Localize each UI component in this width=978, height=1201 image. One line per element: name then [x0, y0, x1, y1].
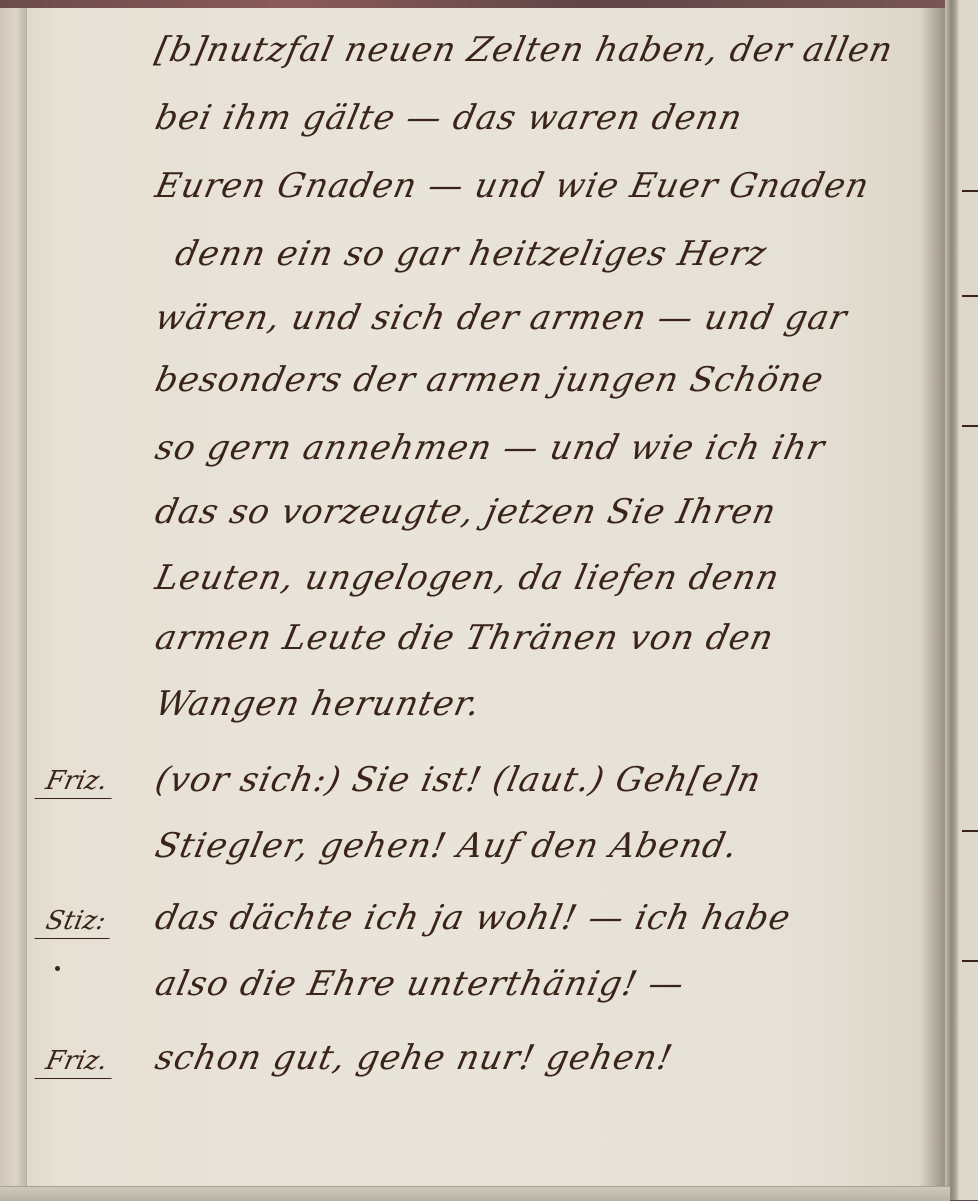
text-line-10: armen Leute die Thränen von den — [152, 618, 778, 658]
text-line-8: das so vorzeugte, jetzen Sie Ihren — [152, 492, 780, 532]
speaker-label-friz: Friz. — [34, 766, 118, 799]
manuscript-page: [b]nutzfal neuen Zelten haben, der allen… — [26, 8, 945, 1186]
text-line-13: Stiegler, gehen! Auf den Abend. — [152, 826, 742, 866]
page-fold-shadow — [945, 0, 959, 1200]
page-bottom-edge — [0, 1186, 950, 1200]
text-line-2: bei ihm gälte — das waren denn — [152, 98, 747, 138]
text-line-5: wären, und sich der armen — und gar — [152, 298, 851, 338]
text-line-6: besonders der armen jungen Schöne — [152, 360, 828, 400]
text-line-12: (vor sich:) Sie ist! (laut.) Geh[e]n — [152, 760, 765, 800]
text-line-1: [b]nutzfal neuen Zelten haben, der allen — [152, 30, 897, 70]
speaker-label-friz-2: Friz. — [34, 1046, 118, 1079]
adjacent-page-ink-mark — [962, 190, 978, 192]
adjacent-page-edge — [959, 0, 978, 1200]
binding-gutter — [0, 8, 27, 1188]
text-line-11: Wangen herunter. — [152, 684, 484, 724]
text-line-14: das dächte ich ja wohl! — ich habe — [152, 898, 795, 938]
text-line-7: so gern annehmen — und wie ich ihr — [152, 428, 829, 468]
adjacent-page-ink-mark — [962, 425, 978, 427]
adjacent-page-ink-mark — [962, 960, 978, 962]
text-line-16: schon gut, gehe nur! gehen! — [152, 1038, 677, 1078]
text-line-9: Leuten, ungelogen, da liefen denn — [152, 558, 784, 598]
text-line-4: denn ein so gar heitzeliges Herz — [172, 234, 771, 274]
text-line-15: also die Ehre unterthänig! — — [152, 964, 689, 1004]
book-top-edge — [0, 0, 978, 8]
adjacent-page-ink-mark — [962, 295, 978, 297]
ink-dot — [55, 966, 60, 971]
text-line-3: Euren Gnaden — und wie Euer Gnaden — [152, 166, 873, 206]
adjacent-page-ink-mark — [962, 830, 978, 832]
speaker-label-stiz: Stiz: — [34, 906, 116, 939]
